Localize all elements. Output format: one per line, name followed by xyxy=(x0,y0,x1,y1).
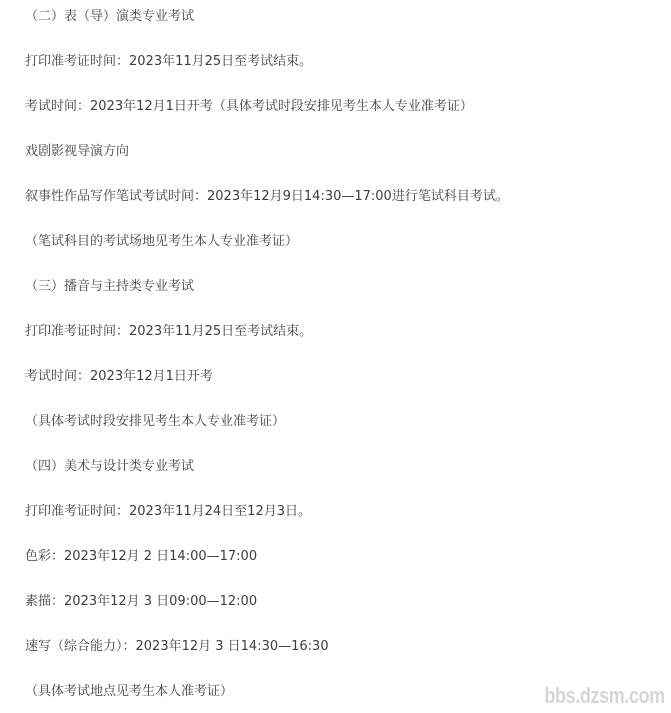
site-watermark: bbs.dzsm.com xyxy=(545,683,665,709)
admission-ticket-print-time: 打印准考证时间：2023年11月25日至考试结束。 xyxy=(25,53,312,71)
admission-ticket-print-time: 打印准考证时间：2023年11月25日至考试结束。 xyxy=(25,323,312,341)
exam-schedule-note: （具体考试时段安排见考生本人专业准考证） xyxy=(25,413,285,431)
section-heading-art-design: （四）美术与设计类专业考试 xyxy=(25,458,194,476)
color-exam-time: 色彩：2023年12月 2 日14:00—17:00 xyxy=(25,548,257,566)
subsection-directing-track: 戏剧影视导演方向 xyxy=(25,143,129,161)
section-heading-broadcasting-hosting: （三）播音与主持类专业考试 xyxy=(25,278,194,296)
section-heading-performance-directing: （二）表（导）演类专业考试 xyxy=(25,8,194,26)
exam-venue-note: （具体考试地点见考生本人准考证） xyxy=(25,683,233,701)
quick-sketch-exam-time: 速写（综合能力）：2023年12月 3 日14:30—16:30 xyxy=(25,638,329,656)
exam-time: 考试时间：2023年12月1日开考 xyxy=(25,368,213,386)
written-exam-time: 叙事性作品写作笔试考试时间：2023年12月9日14:30—17:00进行笔试科… xyxy=(25,188,509,206)
sketch-exam-time: 素描：2023年12月 3 日09:00—12:00 xyxy=(25,593,257,611)
admission-ticket-print-time: 打印准考证时间：2023年11月24日至12月3日。 xyxy=(25,503,311,521)
exam-time: 考试时间：2023年12月1日开考（具体考试时段安排见考生本人专业准考证） xyxy=(25,98,473,116)
written-exam-venue-note: （笔试科目的考试场地见考生本人专业准考证） xyxy=(25,233,298,251)
